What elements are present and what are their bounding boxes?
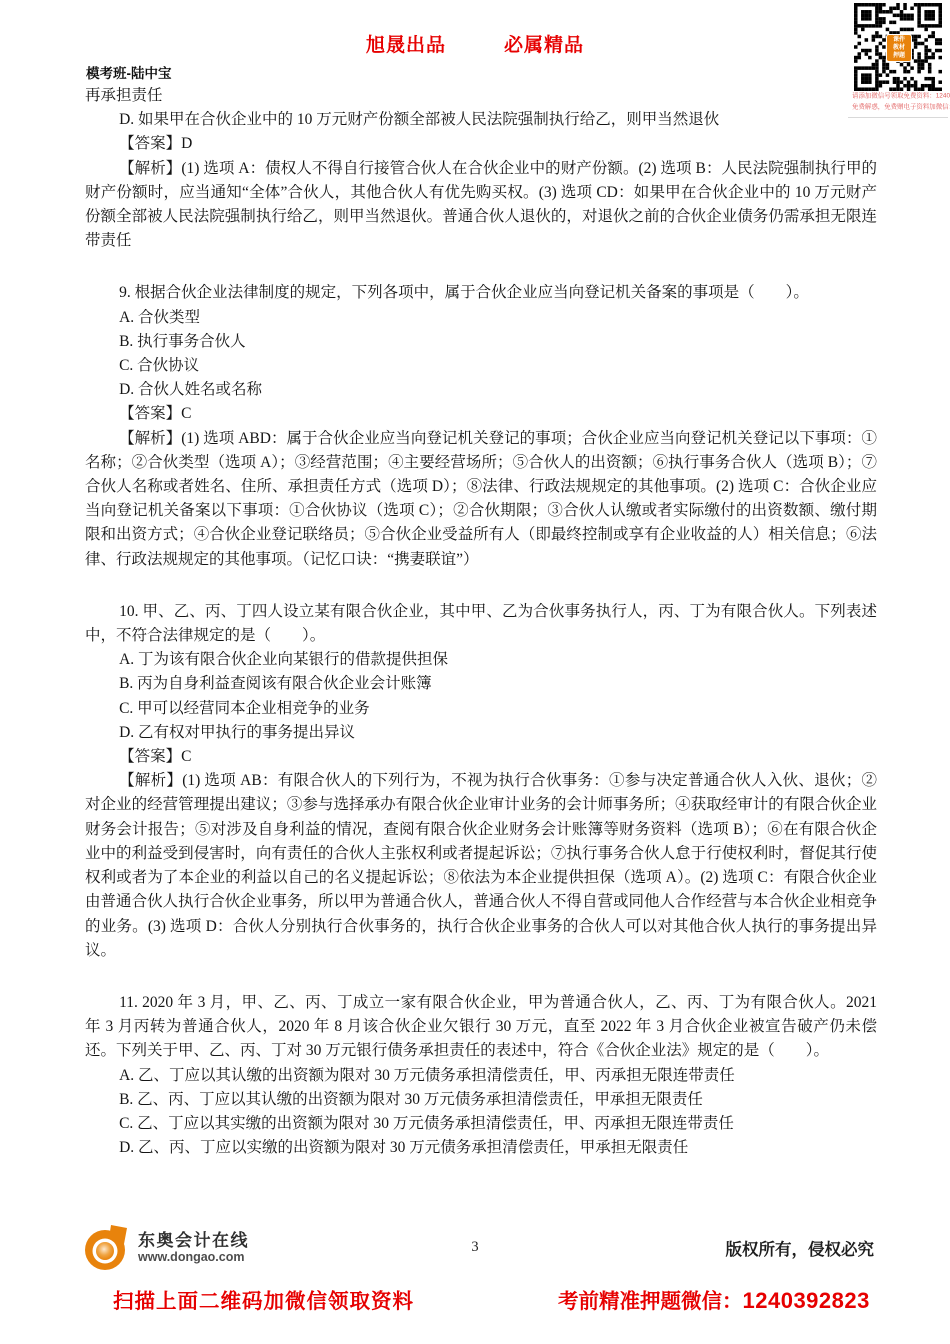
answer-line: 【答案】C bbox=[85, 402, 877, 426]
option-line: D. 合伙人姓名或名称 bbox=[85, 378, 877, 402]
paragraph-gap bbox=[85, 963, 877, 991]
exam-push-note: 考前精准押题微信：1240392823 bbox=[558, 1284, 870, 1314]
push-note-label: 考前精准押题微信： bbox=[558, 1290, 743, 1313]
qr-center-badge: 课件 教材 押题 bbox=[886, 34, 912, 62]
question-paragraph: 11. 2020 年 3 月，甲、乙、丙、丁成立一家有限合伙企业，甲为普通合伙人… bbox=[85, 991, 877, 1064]
analysis-paragraph: 【解析】(1) 选项 ABD：属于合伙企业应当向登记机关登记的事项；合伙企业应当… bbox=[85, 427, 877, 572]
slogan-left: 旭晟出品 bbox=[366, 35, 446, 56]
qr-badge-line: 教材 bbox=[893, 44, 905, 52]
copyright-notice: 版权所有，侵权必究 bbox=[726, 1236, 875, 1260]
paragraph-gap bbox=[85, 253, 877, 281]
option-line: A. 合伙类型 bbox=[85, 306, 877, 330]
question-paragraph: 10. 甲、乙、丙、丁四人设立某有限合伙企业，其中甲、乙为合伙事务执行人，丙、丁… bbox=[85, 600, 877, 648]
analysis-paragraph: 【解析】(1) 选项 AB：有限合伙人的下列行为，不视为执行合伙事务：①参与决定… bbox=[85, 769, 877, 963]
option-line: A. 丁为该有限合伙企业向某银行的借款提供担保 bbox=[85, 648, 877, 672]
qr-badge-line: 押题 bbox=[893, 52, 905, 60]
answer-line: 【答案】C bbox=[85, 745, 877, 769]
slogan-right: 必属精品 bbox=[504, 35, 584, 56]
option-line: C. 甲可以经营同本企业相竞争的业务 bbox=[85, 697, 877, 721]
option-line: B. 乙、丙、丁应以其认缴的出资额为限对 30 万元债务承担清偿责任，甲承担无限… bbox=[85, 1088, 877, 1112]
option-line: C. 乙、丁应以其实缴的出资额为限对 30 万元债务承担清偿责任，甲、丙承担无限… bbox=[85, 1112, 877, 1136]
header-slogan: 旭晟出品必属精品 bbox=[0, 30, 950, 57]
option-line: C. 合伙协议 bbox=[85, 354, 877, 378]
qr-code-icon: 课件 教材 押题 bbox=[854, 3, 942, 91]
analysis-paragraph: 【解析】(1) 选项 A：债权人不得自行接管合伙人在合伙企业中的财产份额。(2)… bbox=[85, 157, 877, 254]
push-note-number: 1240392823 bbox=[743, 1288, 870, 1313]
scan-qr-note: 扫描上面二维码加微信领取资料 bbox=[113, 1284, 414, 1314]
option-line: B. 丙为自身利益查阅该有限合伙企业会计账簿 bbox=[85, 672, 877, 696]
option-line: B. 执行事务合伙人 bbox=[85, 330, 877, 354]
option-line: D. 如果甲在合伙企业中的 10 万元财产份额全部被人民法院强制执行给乙，则甲当… bbox=[85, 108, 877, 132]
paragraph-gap bbox=[85, 572, 877, 600]
course-label: 模考班-陆中宝 bbox=[86, 62, 172, 82]
answer-line: 【答案】D bbox=[85, 132, 877, 156]
question-paragraph: 9. 根据合伙企业法律制度的规定，下列各项中，属于合伙企业应当向登记机关备案的事… bbox=[85, 281, 877, 305]
document-page: 旭晟出品必属精品 模考班-陆中宝 课件 教材 押题 请添加微信号领取免费资料：1… bbox=[0, 0, 950, 1344]
continuation-line: 再承担责任 bbox=[85, 84, 877, 108]
qr-badge-line: 课件 bbox=[893, 36, 905, 44]
document-body: 再承担责任D. 如果甲在合伙企业中的 10 万元财产份额全部被人民法院强制执行给… bbox=[85, 84, 877, 1160]
option-line: D. 乙、丙、丁应以实缴的出资额为限对 30 万元债务承担清偿责任，甲承担无限责… bbox=[85, 1136, 877, 1160]
option-line: D. 乙有权对甲执行的事务提出异议 bbox=[85, 721, 877, 745]
option-line: A. 乙、丁应以其认缴的出资额为限对 30 万元债务承担清偿责任，甲、丙承担无限… bbox=[85, 1064, 877, 1088]
